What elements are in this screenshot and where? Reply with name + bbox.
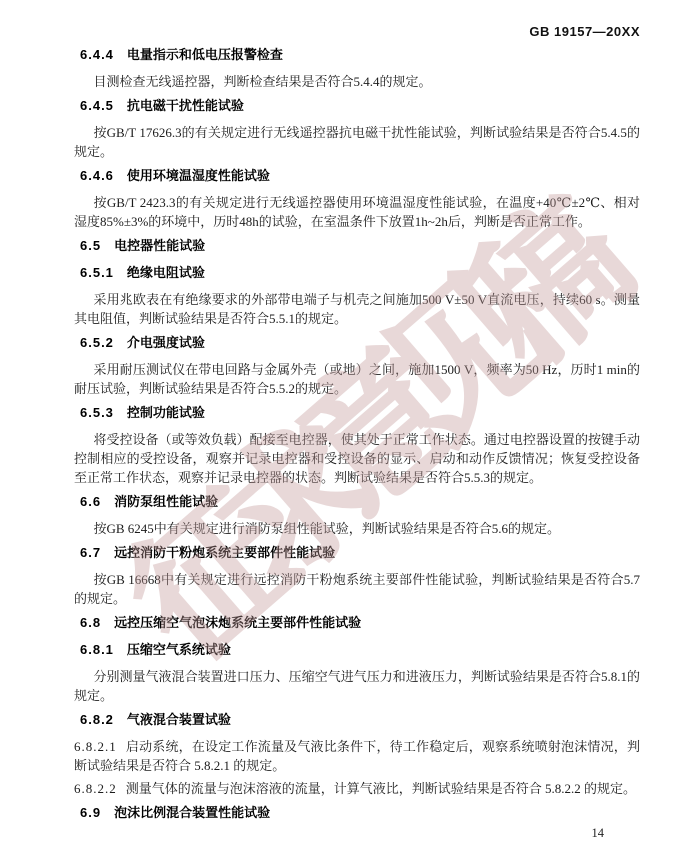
clause-heading-6-8-2: 6.8.2气液混合装置试验	[80, 710, 640, 729]
clause-number: 6.8.2.2	[74, 781, 117, 796]
clause-title: 压缩空气系统试验	[127, 642, 231, 657]
clause-title: 泡沫比例混合装置性能试验	[114, 805, 270, 820]
numbered-paragraph-6-8-2-1: 6.8.2.1启动系统，在设定工作流量及气液比条件下，待工作稳定后，观察系统喷射…	[74, 737, 640, 775]
clause-title: 气液混合装置试验	[127, 712, 231, 727]
clause-number: 6.8.2	[80, 712, 114, 727]
body-paragraph: 分别测量气液混合装置进口压力、压缩空气进气压力和进液压力，判断试验结果是否符合5…	[74, 667, 640, 705]
clause-heading-6-6: 6.6消防泵组性能试验	[80, 492, 640, 511]
clause-number: 6.4.5	[80, 98, 114, 113]
clause-heading-6-5-1: 6.5.1绝缘电阻试验	[80, 263, 640, 282]
body-paragraph: 按GB 16668中有关规定进行远控消防干粉炮系统主要部件性能试验，判断试验结果…	[74, 570, 640, 608]
clause-number: 6.7	[80, 545, 101, 560]
document-page: GB 19157—20XX 征求意见稿 6.4.4电量指示和低电压报警检查目测检…	[0, 0, 684, 860]
clause-heading-6-8: 6.8远控压缩空气泡沫炮系统主要部件性能试验	[80, 613, 640, 632]
clause-number: 6.4.6	[80, 168, 114, 183]
clause-heading-6-4-4: 6.4.4电量指示和低电压报警检查	[80, 45, 640, 64]
clause-title: 电控器性能试验	[114, 238, 205, 253]
clause-heading-6-4-5: 6.4.5抗电磁干扰性能试验	[80, 96, 640, 115]
document-body: 6.4.4电量指示和低电压报警检查目测检查无线遥控器，判断检查结果是否符合5.4…	[74, 40, 640, 830]
page-number: 14	[592, 826, 605, 841]
clause-heading-6-9: 6.9泡沫比例混合装置性能试验	[80, 803, 640, 822]
clause-number: 6.8	[80, 615, 101, 630]
body-paragraph: 按GB/T 2423.3的有关规定进行无线遥控器使用环境温湿度性能试验，在温度+…	[74, 193, 640, 231]
clause-title: 控制功能试验	[127, 405, 205, 420]
body-paragraph: 按GB 6245中有关规定进行消防泵组性能试验，判断试验结果是否符合5.6的规定…	[74, 519, 640, 538]
clause-title: 远控消防干粉炮系统主要部件性能试验	[114, 545, 335, 560]
body-paragraph: 采用耐压测试仪在带电回路与金属外壳（或地）之间，施加1500 V，频率为50 H…	[74, 360, 640, 398]
clause-number: 6.4.4	[80, 47, 114, 62]
numbered-paragraph-6-8-2-2: 6.8.2.2测量气体的流量与泡沫溶液的流量，计算气液比，判断试验结果是否符合 …	[74, 779, 640, 798]
clause-heading-6-7: 6.7远控消防干粉炮系统主要部件性能试验	[80, 543, 640, 562]
clause-heading-6-5: 6.5电控器性能试验	[80, 236, 640, 255]
body-paragraph: 将受控设备（或等效负载）配接至电控器，使其处于正常工作状态。通过电控器设置的按键…	[74, 430, 640, 487]
clause-number: 6.8.1	[80, 642, 114, 657]
clause-number: 6.5.3	[80, 405, 114, 420]
clause-title: 介电强度试验	[127, 335, 205, 350]
clause-title: 消防泵组性能试验	[114, 494, 218, 509]
clause-title: 使用环境温湿度性能试验	[127, 168, 270, 183]
clause-number: 6.5	[80, 238, 101, 253]
clause-heading-6-8-1: 6.8.1压缩空气系统试验	[80, 640, 640, 659]
body-paragraph: 目测检查无线遥控器，判断检查结果是否符合5.4.4的规定。	[74, 72, 640, 91]
clause-heading-6-5-3: 6.5.3控制功能试验	[80, 403, 640, 422]
clause-number: 6.8.2.1	[74, 739, 117, 754]
clause-title: 绝缘电阻试验	[127, 265, 205, 280]
clause-heading-6-4-6: 6.4.6使用环境温湿度性能试验	[80, 166, 640, 185]
clause-heading-6-5-2: 6.5.2介电强度试验	[80, 333, 640, 352]
clause-title: 电量指示和低电压报警检查	[127, 47, 283, 62]
paragraph-text: 测量气体的流量与泡沫溶液的流量，计算气液比，判断试验结果是否符合 5.8.2.2…	[126, 781, 636, 796]
clause-number: 6.9	[80, 805, 101, 820]
clause-number: 6.6	[80, 494, 101, 509]
standard-number-header: GB 19157—20XX	[529, 24, 640, 39]
clause-title: 远控压缩空气泡沫炮系统主要部件性能试验	[114, 615, 361, 630]
body-paragraph: 按GB/T 17626.3的有关规定进行无线遥控器抗电磁干扰性能试验，判断试验结…	[74, 123, 640, 161]
clause-title: 抗电磁干扰性能试验	[127, 98, 244, 113]
clause-number: 6.5.2	[80, 335, 114, 350]
body-paragraph: 采用兆欧表在有绝缘要求的外部带电端子与机壳之间施加500 V±50 V直流电压，…	[74, 290, 640, 328]
paragraph-text: 启动系统，在设定工作流量及气液比条件下，待工作稳定后，观察系统喷射泡沫情况，判断…	[74, 739, 640, 773]
clause-number: 6.5.1	[80, 265, 114, 280]
